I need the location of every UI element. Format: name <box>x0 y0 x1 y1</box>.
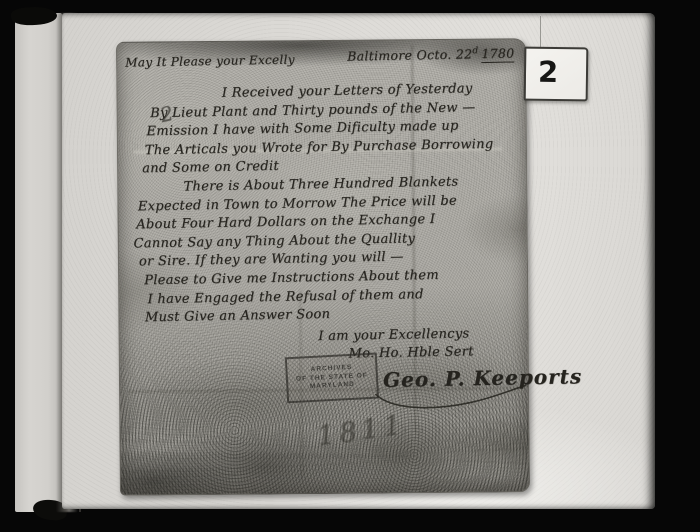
letter-closing: I am your Excellencys <box>318 326 469 344</box>
signature-flourish <box>371 381 532 414</box>
page-number-box: 2 <box>524 47 589 102</box>
dateline-year: 1780 <box>481 46 514 64</box>
dateline-superscript: d <box>472 46 478 56</box>
scratch-line <box>540 16 541 47</box>
microfilm-scan: May It Please your Excelly Baltimore Oct… <box>0 0 700 532</box>
letter-salutation: May It Please your Excelly <box>125 52 295 69</box>
letter-document: May It Please your Excelly Baltimore Oct… <box>116 38 530 496</box>
letter-dateline: Baltimore Octo. 22d1780 <box>347 45 515 63</box>
letter-body: I Received your Letters of Yesterday By … <box>116 79 528 328</box>
stamp-line: MARYLAND <box>310 381 355 392</box>
archives-stamp: ARCHIVES OF THE STATE OF MARYLAND <box>285 353 379 404</box>
ink-bleed-mark: 1811 <box>315 409 407 452</box>
adjacent-page-edge <box>15 13 62 512</box>
dateline-place-date: Baltimore Octo. 22 <box>347 46 472 63</box>
page-number: 2 <box>538 55 559 89</box>
handwritten-text: May It Please your Excelly Baltimore Oct… <box>115 37 531 496</box>
